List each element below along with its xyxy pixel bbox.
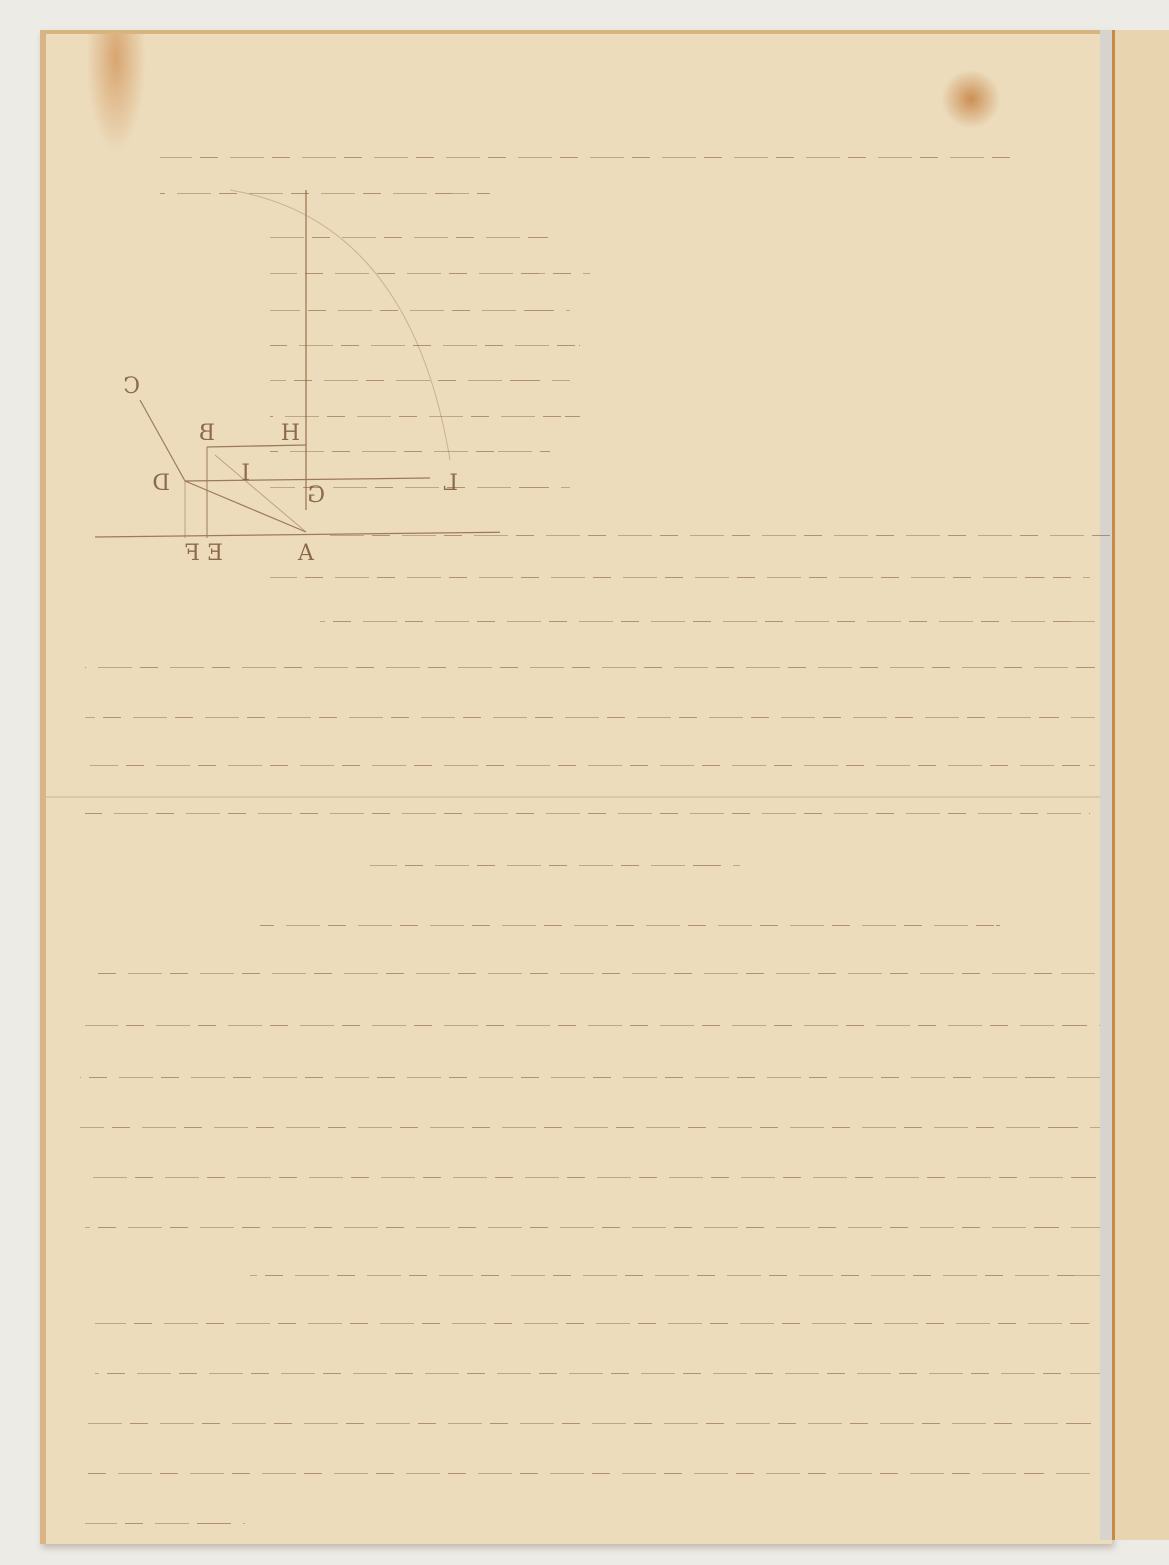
handwritten-line (85, 1460, 1095, 1474)
handwritten-line (320, 608, 1095, 622)
handwritten-line (85, 1510, 245, 1524)
handwritten-line (95, 1310, 1090, 1324)
handwritten-line (270, 474, 570, 488)
handwritten-line (90, 960, 1095, 974)
handwritten-line (85, 654, 1095, 668)
handwritten-line (270, 224, 560, 238)
handwritten-line (270, 438, 550, 452)
handwritten-line (80, 1064, 1100, 1078)
handwritten-line (85, 704, 1095, 718)
handwritten-line (250, 1262, 1100, 1276)
handwritten-line (270, 367, 570, 381)
handwritten-line (85, 1164, 1100, 1178)
handwritten-line (260, 912, 1000, 926)
handwritten-line (85, 800, 1090, 814)
handwritten-text-block (0, 0, 1169, 1565)
handwritten-line (270, 564, 1090, 578)
handwritten-line (85, 1214, 1100, 1228)
handwritten-line (85, 1410, 1100, 1424)
handwritten-line (80, 1114, 1100, 1128)
handwritten-line (270, 332, 580, 346)
handwritten-line (330, 522, 1120, 536)
handwritten-line (270, 403, 580, 417)
handwritten-line (270, 260, 590, 274)
handwritten-line (95, 1360, 1100, 1374)
handwritten-line (370, 852, 740, 866)
handwritten-line (270, 297, 570, 311)
handwritten-line (90, 752, 1095, 766)
handwritten-line (160, 180, 490, 194)
handwritten-line (160, 144, 1010, 158)
handwritten-line (85, 1012, 1100, 1026)
